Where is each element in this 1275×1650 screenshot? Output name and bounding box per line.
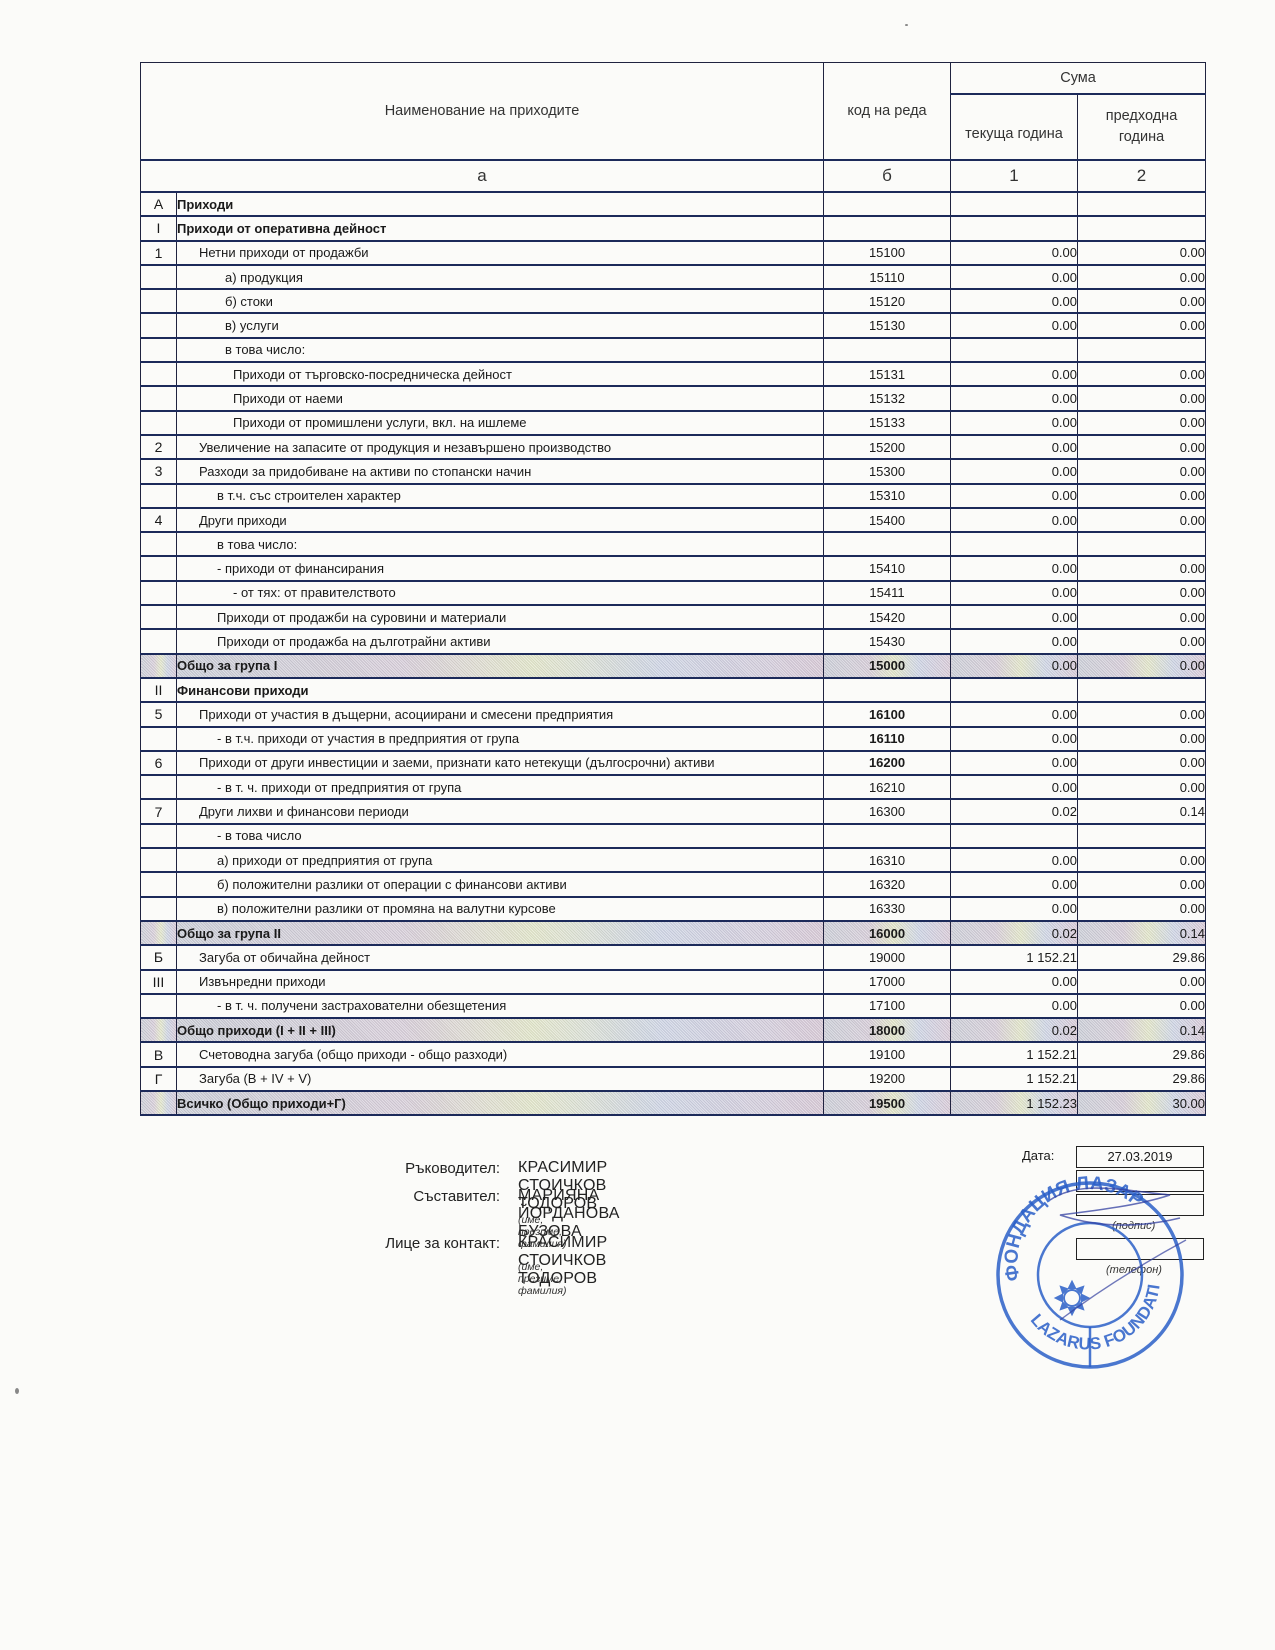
row-previous-year: 0.00 bbox=[1078, 484, 1206, 508]
table-row: IIФинансови приходи bbox=[141, 678, 1206, 702]
row-name: Извънредни приходи bbox=[177, 970, 824, 994]
row-previous-year: 0.14 bbox=[1078, 799, 1206, 823]
table-row: в т.ч. със строителен характер153100.000… bbox=[141, 484, 1206, 508]
header-index-2: 2 bbox=[1078, 160, 1206, 192]
row-current-year: 1 152.21 bbox=[951, 1067, 1078, 1091]
row-current-year: 0.00 bbox=[951, 386, 1078, 410]
row-name: в това число: bbox=[177, 532, 824, 556]
row-marker bbox=[141, 386, 177, 410]
row-marker bbox=[141, 921, 177, 945]
row-current-year: 0.00 bbox=[951, 313, 1078, 337]
row-current-year: 0.00 bbox=[951, 702, 1078, 726]
row-current-year: 0.00 bbox=[951, 289, 1078, 313]
row-code: 15400 bbox=[824, 508, 951, 532]
row-name: Нетни приходи от продажби bbox=[177, 241, 824, 265]
row-marker bbox=[141, 484, 177, 508]
row-current-year bbox=[951, 192, 1078, 216]
row-name: - в т. ч. получени застрахователни обезщ… bbox=[177, 994, 824, 1018]
row-code: 15411 bbox=[824, 581, 951, 605]
row-code: 19500 bbox=[824, 1091, 951, 1115]
row-code bbox=[824, 824, 951, 848]
row-name: Други приходи bbox=[177, 508, 824, 532]
row-marker: В bbox=[141, 1042, 177, 1066]
row-name: Приходи bbox=[177, 192, 824, 216]
header-index-b: б bbox=[824, 160, 951, 192]
row-current-year bbox=[951, 824, 1078, 848]
table-row: - в т.ч. приходи от участия в предприяти… bbox=[141, 727, 1206, 751]
table-row: ВСчетоводна загуба (общо приходи - общо … bbox=[141, 1042, 1206, 1066]
row-code: 16330 bbox=[824, 897, 951, 921]
header-index-a: а bbox=[141, 160, 824, 192]
row-name: Всичко (Общо приходи+Г) bbox=[177, 1091, 824, 1115]
row-code: 15420 bbox=[824, 605, 951, 629]
row-current-year: 0.00 bbox=[951, 362, 1078, 386]
row-name: Други лихви и финансови периоди bbox=[177, 799, 824, 823]
table-row: - приходи от финансирания154100.000.00 bbox=[141, 556, 1206, 580]
row-previous-year: 0.00 bbox=[1078, 313, 1206, 337]
table-row: б) стоки151200.000.00 bbox=[141, 289, 1206, 313]
row-marker: 2 bbox=[141, 435, 177, 459]
row-name: Общо приходи (I + II + III) bbox=[177, 1018, 824, 1042]
table-row: Приходи от наеми151320.000.00 bbox=[141, 386, 1206, 410]
row-previous-year: 0.00 bbox=[1078, 265, 1206, 289]
row-code: 17000 bbox=[824, 970, 951, 994]
row-previous-year: 29.86 bbox=[1078, 1067, 1206, 1091]
row-name: - от тях: от правителството bbox=[177, 581, 824, 605]
row-marker bbox=[141, 654, 177, 678]
header-code: код на реда bbox=[824, 63, 951, 161]
row-previous-year: 29.86 bbox=[1078, 945, 1206, 969]
row-current-year bbox=[951, 678, 1078, 702]
row-name: Приходи от други инвестиции и заеми, при… bbox=[177, 751, 824, 775]
row-current-year: 0.00 bbox=[951, 629, 1078, 653]
row-previous-year: 0.14 bbox=[1078, 921, 1206, 945]
table-row: АПриходи bbox=[141, 192, 1206, 216]
row-current-year: 0.00 bbox=[951, 508, 1078, 532]
row-name: Счетоводна загуба (общо приходи - общо р… bbox=[177, 1042, 824, 1066]
row-current-year: 0.02 bbox=[951, 921, 1078, 945]
row-name: Общо за група II bbox=[177, 921, 824, 945]
manager-label: Ръководител: bbox=[370, 1160, 500, 1177]
header-previous-year-line1: предходна bbox=[1106, 108, 1178, 124]
row-previous-year: 0.00 bbox=[1078, 994, 1206, 1018]
row-current-year: 1 152.23 bbox=[951, 1091, 1078, 1115]
row-marker: 3 bbox=[141, 459, 177, 483]
row-code: 19200 bbox=[824, 1067, 951, 1091]
table-row: Приходи от продажба на дълготрайни актив… bbox=[141, 629, 1206, 653]
table-row: а) продукция151100.000.00 bbox=[141, 265, 1206, 289]
row-marker bbox=[141, 775, 177, 799]
row-current-year bbox=[951, 216, 1078, 240]
table-row: БЗагуба от обичайна дейност190001 152.21… bbox=[141, 945, 1206, 969]
row-marker: III bbox=[141, 970, 177, 994]
row-marker bbox=[141, 848, 177, 872]
row-current-year: 0.00 bbox=[951, 605, 1078, 629]
row-code bbox=[824, 216, 951, 240]
row-current-year: 0.00 bbox=[951, 994, 1078, 1018]
row-marker bbox=[141, 629, 177, 653]
table-total-row: Всичко (Общо приходи+Г)195001 152.2330.0… bbox=[141, 1091, 1206, 1115]
table-total-row: Общо за група I150000.000.00 bbox=[141, 654, 1206, 678]
row-name: Приходи от оперативна дейност bbox=[177, 216, 824, 240]
row-current-year: 0.02 bbox=[951, 1018, 1078, 1042]
row-code: 15100 bbox=[824, 241, 951, 265]
row-current-year: 0.00 bbox=[951, 241, 1078, 265]
row-current-year: 0.00 bbox=[951, 654, 1078, 678]
row-marker: 5 bbox=[141, 702, 177, 726]
row-marker: II bbox=[141, 678, 177, 702]
row-marker: 1 bbox=[141, 241, 177, 265]
row-current-year: 0.00 bbox=[951, 265, 1078, 289]
row-current-year: 0.00 bbox=[951, 435, 1078, 459]
row-marker bbox=[141, 994, 177, 1018]
row-name: Загуба от обичайна дейност bbox=[177, 945, 824, 969]
row-code: 15300 bbox=[824, 459, 951, 483]
row-current-year: 0.00 bbox=[951, 727, 1078, 751]
row-name: Увеличение на запасите от продукция и не… bbox=[177, 435, 824, 459]
row-marker bbox=[141, 581, 177, 605]
contact-name-hint: (име, презиме, фамилия) bbox=[518, 1261, 567, 1297]
row-name: Финансови приходи bbox=[177, 678, 824, 702]
row-previous-year: 0.00 bbox=[1078, 727, 1206, 751]
row-marker: Г bbox=[141, 1067, 177, 1091]
row-code: 15200 bbox=[824, 435, 951, 459]
row-marker bbox=[141, 313, 177, 337]
row-name: Приходи от продажба на дълготрайни актив… bbox=[177, 629, 824, 653]
row-current-year: 1 152.21 bbox=[951, 1042, 1078, 1066]
table-row: IПриходи от оперативна дейност bbox=[141, 216, 1206, 240]
row-code: 18000 bbox=[824, 1018, 951, 1042]
table-row: Приходи от промишлени услуги, вкл. на иш… bbox=[141, 411, 1206, 435]
row-code: 17100 bbox=[824, 994, 951, 1018]
row-name: - приходи от финансирания bbox=[177, 556, 824, 580]
row-previous-year: 0.00 bbox=[1078, 872, 1206, 896]
row-code: 16110 bbox=[824, 727, 951, 751]
row-marker bbox=[141, 897, 177, 921]
compiler-label: Съставител: bbox=[370, 1188, 500, 1205]
header-current-year: текуща година bbox=[951, 94, 1078, 160]
row-name: - в т. ч. приходи от предприятия от груп… bbox=[177, 775, 824, 799]
row-code: 16300 bbox=[824, 799, 951, 823]
row-name: Загуба (В + IV + V) bbox=[177, 1067, 824, 1091]
row-marker: А bbox=[141, 192, 177, 216]
contact-label: Лице за контакт: bbox=[370, 1235, 500, 1252]
row-code: 15310 bbox=[824, 484, 951, 508]
row-name: Приходи от продажби на суровини и матери… bbox=[177, 605, 824, 629]
table-row: 5Приходи от участия в дъщерни, асоцииран… bbox=[141, 702, 1206, 726]
row-current-year bbox=[951, 532, 1078, 556]
income-statement-table: Наименование на приходите код на реда Су… bbox=[140, 62, 1206, 1116]
foundation-stamp-icon: ФОНДАЦИЯ ЛАЗАРУС LAZARUS FOUNDATION bbox=[990, 1170, 1190, 1370]
row-code: 16320 bbox=[824, 872, 951, 896]
row-previous-year: 0.00 bbox=[1078, 654, 1206, 678]
row-previous-year: 0.00 bbox=[1078, 970, 1206, 994]
table-row: 2Увеличение на запасите от продукция и н… bbox=[141, 435, 1206, 459]
row-name: а) продукция bbox=[177, 265, 824, 289]
table-row: - в това число bbox=[141, 824, 1206, 848]
row-code bbox=[824, 678, 951, 702]
row-current-year: 0.00 bbox=[951, 775, 1078, 799]
row-previous-year: 0.00 bbox=[1078, 386, 1206, 410]
row-code: 15130 bbox=[824, 313, 951, 337]
row-current-year: 0.00 bbox=[951, 897, 1078, 921]
table-row: 7Други лихви и финансови периоди163000.0… bbox=[141, 799, 1206, 823]
row-previous-year bbox=[1078, 192, 1206, 216]
row-marker bbox=[141, 872, 177, 896]
row-code: 16200 bbox=[824, 751, 951, 775]
row-previous-year: 0.00 bbox=[1078, 775, 1206, 799]
row-previous-year: 0.00 bbox=[1078, 848, 1206, 872]
row-marker: 7 bbox=[141, 799, 177, 823]
row-name: в) услуги bbox=[177, 313, 824, 337]
row-code: 16100 bbox=[824, 702, 951, 726]
row-code bbox=[824, 532, 951, 556]
date-label: Дата: bbox=[1022, 1148, 1054, 1163]
header-sum: Сума bbox=[951, 63, 1206, 95]
table-row: 1Нетни приходи от продажби151000.000.00 bbox=[141, 241, 1206, 265]
row-previous-year: 29.86 bbox=[1078, 1042, 1206, 1066]
row-code: 15410 bbox=[824, 556, 951, 580]
row-previous-year: 0.00 bbox=[1078, 556, 1206, 580]
table-row: - в т. ч. приходи от предприятия от груп… bbox=[141, 775, 1206, 799]
row-code: 15120 bbox=[824, 289, 951, 313]
row-marker: 6 bbox=[141, 751, 177, 775]
row-name: Общо за група I bbox=[177, 654, 824, 678]
table-row: 3Разходи за придобиване на активи по сто… bbox=[141, 459, 1206, 483]
header-index-1: 1 bbox=[951, 160, 1078, 192]
row-name: - в това число bbox=[177, 824, 824, 848]
row-marker bbox=[141, 727, 177, 751]
scan-speck bbox=[15, 1388, 19, 1394]
row-previous-year bbox=[1078, 338, 1206, 362]
row-previous-year: 0.00 bbox=[1078, 581, 1206, 605]
table-row: в) услуги151300.000.00 bbox=[141, 313, 1206, 337]
row-marker bbox=[141, 1091, 177, 1115]
row-previous-year bbox=[1078, 824, 1206, 848]
row-current-year: 0.00 bbox=[951, 872, 1078, 896]
table-row: - от тях: от правителството154110.000.00 bbox=[141, 581, 1206, 605]
row-previous-year: 0.00 bbox=[1078, 241, 1206, 265]
row-marker bbox=[141, 605, 177, 629]
row-previous-year: 0.00 bbox=[1078, 897, 1206, 921]
table-total-row: Общо приходи (I + II + III)180000.020.14 bbox=[141, 1018, 1206, 1042]
row-name: в това число: bbox=[177, 338, 824, 362]
row-current-year: 0.02 bbox=[951, 799, 1078, 823]
row-code: 15131 bbox=[824, 362, 951, 386]
row-current-year: 0.00 bbox=[951, 411, 1078, 435]
row-current-year: 0.00 bbox=[951, 970, 1078, 994]
row-code: 15110 bbox=[824, 265, 951, 289]
row-name: в) положителни разлики от промяна на вал… bbox=[177, 897, 824, 921]
row-current-year bbox=[951, 338, 1078, 362]
table-row: - в т. ч. получени застрахователни обезщ… bbox=[141, 994, 1206, 1018]
row-name: а) приходи от предприятия от група bbox=[177, 848, 824, 872]
row-previous-year: 0.14 bbox=[1078, 1018, 1206, 1042]
row-marker: 4 bbox=[141, 508, 177, 532]
table-row: в това число: bbox=[141, 338, 1206, 362]
row-name: Приходи от търговско-посредническа дейно… bbox=[177, 362, 824, 386]
row-marker bbox=[141, 556, 177, 580]
row-previous-year bbox=[1078, 678, 1206, 702]
row-name: Приходи от наеми bbox=[177, 386, 824, 410]
table-row: ГЗагуба (В + IV + V)192001 152.2129.86 bbox=[141, 1067, 1206, 1091]
row-marker: Б bbox=[141, 945, 177, 969]
row-previous-year: 0.00 bbox=[1078, 362, 1206, 386]
row-marker bbox=[141, 265, 177, 289]
row-previous-year bbox=[1078, 532, 1206, 556]
row-previous-year: 0.00 bbox=[1078, 605, 1206, 629]
row-current-year: 0.00 bbox=[951, 484, 1078, 508]
row-code: 16000 bbox=[824, 921, 951, 945]
row-name: Разходи за придобиване на активи по стоп… bbox=[177, 459, 824, 483]
row-name: Приходи от промишлени услуги, вкл. на иш… bbox=[177, 411, 824, 435]
row-code: 15430 bbox=[824, 629, 951, 653]
row-marker bbox=[141, 532, 177, 556]
row-marker bbox=[141, 338, 177, 362]
row-code bbox=[824, 338, 951, 362]
table-row: Приходи от търговско-посредническа дейно… bbox=[141, 362, 1206, 386]
row-previous-year: 0.00 bbox=[1078, 411, 1206, 435]
row-code: 19100 bbox=[824, 1042, 951, 1066]
row-marker bbox=[141, 362, 177, 386]
row-code: 15132 bbox=[824, 386, 951, 410]
table-row: 4Други приходи154000.000.00 bbox=[141, 508, 1206, 532]
scan-speck bbox=[905, 24, 908, 26]
table-row: IIIИзвънредни приходи170000.000.00 bbox=[141, 970, 1206, 994]
row-name: Приходи от участия в дъщерни, асоциирани… bbox=[177, 702, 824, 726]
row-marker: I bbox=[141, 216, 177, 240]
table-row: Приходи от продажби на суровини и матери… bbox=[141, 605, 1206, 629]
row-name: б) стоки bbox=[177, 289, 824, 313]
header-previous-year-line2: година bbox=[1119, 129, 1164, 145]
row-marker bbox=[141, 289, 177, 313]
row-code: 15133 bbox=[824, 411, 951, 435]
row-marker bbox=[141, 824, 177, 848]
row-marker bbox=[141, 1018, 177, 1042]
row-name: б) положителни разлики от операции с фин… bbox=[177, 872, 824, 896]
row-previous-year: 0.00 bbox=[1078, 702, 1206, 726]
row-previous-year: 30.00 bbox=[1078, 1091, 1206, 1115]
row-previous-year: 0.00 bbox=[1078, 435, 1206, 459]
table-row: 6Приходи от други инвестиции и заеми, пр… bbox=[141, 751, 1206, 775]
row-current-year: 1 152.21 bbox=[951, 945, 1078, 969]
row-previous-year: 0.00 bbox=[1078, 508, 1206, 532]
row-name: в т.ч. със строителен характер bbox=[177, 484, 824, 508]
row-previous-year: 0.00 bbox=[1078, 629, 1206, 653]
table-total-row: Общо за група II160000.020.14 bbox=[141, 921, 1206, 945]
row-marker bbox=[141, 411, 177, 435]
table-row: а) приходи от предприятия от група163100… bbox=[141, 848, 1206, 872]
row-code: 16310 bbox=[824, 848, 951, 872]
table-row: б) положителни разлики от операции с фин… bbox=[141, 872, 1206, 896]
row-previous-year bbox=[1078, 216, 1206, 240]
date-field: 27.03.2019 bbox=[1076, 1146, 1204, 1168]
row-code: 19000 bbox=[824, 945, 951, 969]
row-code: 16210 bbox=[824, 775, 951, 799]
row-current-year: 0.00 bbox=[951, 848, 1078, 872]
row-previous-year: 0.00 bbox=[1078, 289, 1206, 313]
table-row: в това число: bbox=[141, 532, 1206, 556]
header-name: Наименование на приходите bbox=[141, 63, 824, 161]
row-current-year: 0.00 bbox=[951, 581, 1078, 605]
row-code: 15000 bbox=[824, 654, 951, 678]
row-name: - в т.ч. приходи от участия в предприяти… bbox=[177, 727, 824, 751]
header-previous-year: предходна година bbox=[1078, 94, 1206, 160]
row-code bbox=[824, 192, 951, 216]
row-current-year: 0.00 bbox=[951, 556, 1078, 580]
row-previous-year: 0.00 bbox=[1078, 751, 1206, 775]
table-row: в) положителни разлики от промяна на вал… bbox=[141, 897, 1206, 921]
row-current-year: 0.00 bbox=[951, 751, 1078, 775]
row-previous-year: 0.00 bbox=[1078, 459, 1206, 483]
row-current-year: 0.00 bbox=[951, 459, 1078, 483]
